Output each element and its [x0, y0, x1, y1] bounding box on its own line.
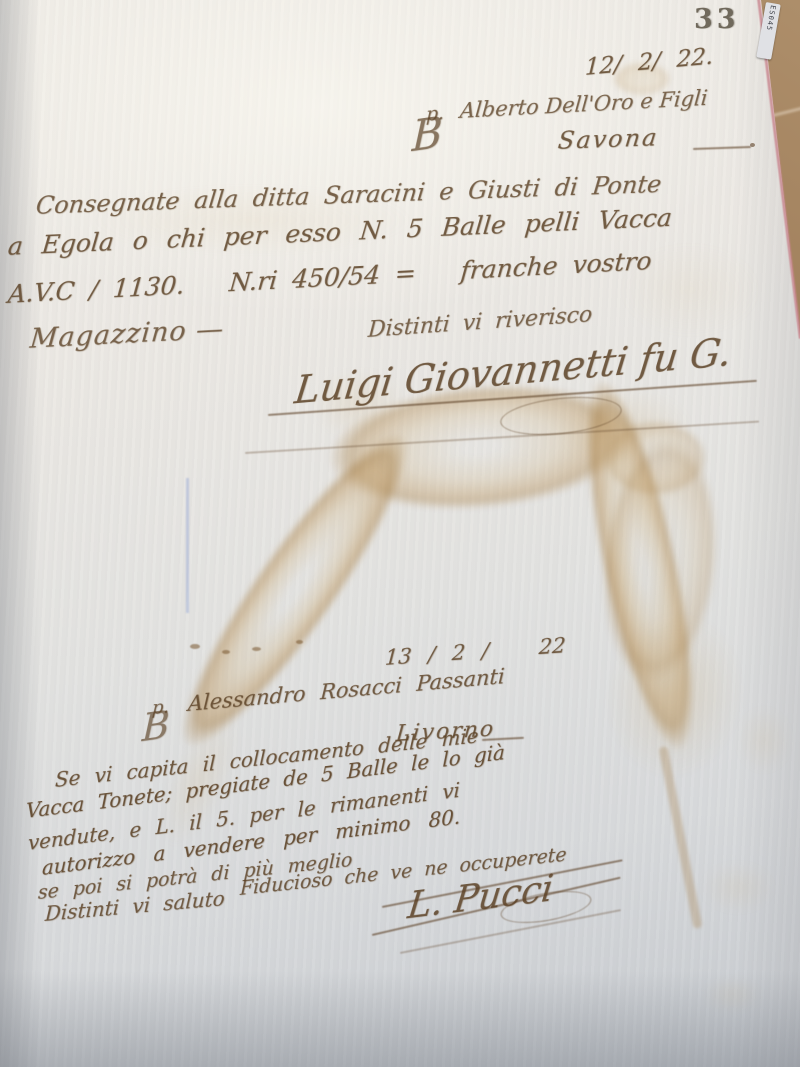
- letter1-prefix: p.: [426, 102, 445, 126]
- manuscript-page: 33 12/ 2/ 22. B p. Alberto Dell'Oro e Fi…: [0, 0, 800, 1067]
- blue-fiber-mark: [186, 478, 189, 613]
- letter1-place: Savona: [557, 123, 660, 155]
- page-number: 33: [694, 4, 740, 35]
- photo-of-manuscript: 33 12/ 2/ 22. B p. Alberto Dell'Oro e Fi…: [0, 0, 800, 1067]
- ink-speck: [252, 647, 261, 651]
- archive-label-text: ES045: [765, 5, 777, 32]
- ink-speck: [222, 650, 230, 654]
- flourish-dot1: [750, 143, 755, 147]
- ink-speck: [296, 640, 303, 644]
- letter2-prefix: p.: [151, 696, 169, 719]
- ink-speck: [190, 644, 200, 649]
